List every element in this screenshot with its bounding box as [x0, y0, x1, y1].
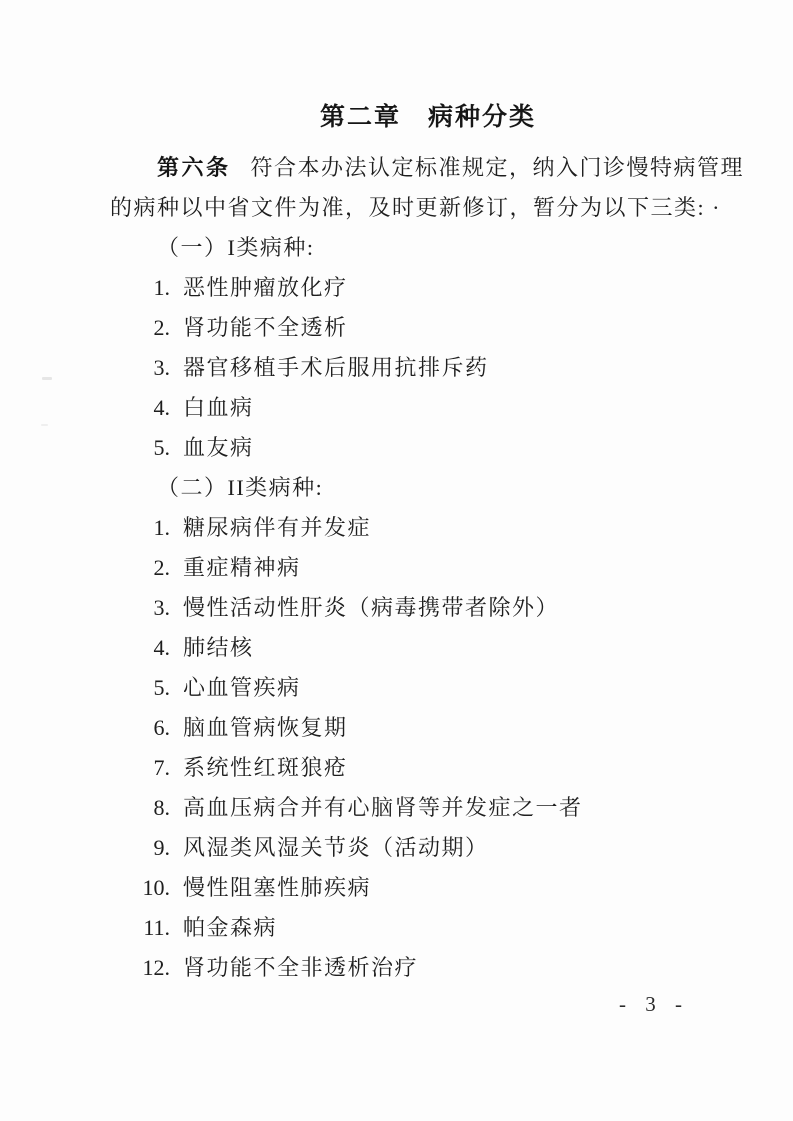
list-item-number: 3. [110, 348, 170, 388]
document-content: 第二章 病种分类 第六条符合本办法认定标准规定，纳入门诊慢特病管理 的病种以中省… [0, 0, 793, 988]
list-item-text: 肾功能不全透析 [183, 308, 348, 348]
list-item: 4.白血病 [110, 388, 710, 428]
list-item-text: 慢性阻塞性肺疾病 [183, 868, 371, 908]
list-item-number: 1. [110, 508, 170, 548]
list-item-number: 2. [110, 308, 170, 348]
article-number-label: 第六条 [157, 155, 231, 180]
article-paragraph-line-2: 的病种以中省文件为准，及时更新修订，暂分为以下三类: · [110, 188, 710, 228]
list-item-text: 风湿类风湿关节炎（活动期） [183, 828, 489, 868]
list-item: 1.糖尿病伴有并发症 [110, 508, 710, 548]
list-item-number: 5. [110, 668, 170, 708]
list-item: 8.高血压病合并有心脑肾等并发症之一者 [110, 788, 710, 828]
list-item: 3.器官移植手术后服用抗排斥药 [110, 348, 710, 388]
list-item-text: 器官移植手术后服用抗排斥药 [183, 348, 489, 388]
scan-artifact [42, 377, 52, 380]
list-item-text: 血友病 [183, 428, 254, 468]
list-item: 3.慢性活动性肝炎（病毒携带者除外） [110, 588, 710, 628]
page-number: - 3 - [619, 992, 689, 1016]
section-heading-category-2: （二）II类病种: [110, 468, 710, 508]
section-heading-category-1: （一）I类病种: [110, 228, 710, 268]
list-item-text: 白血病 [183, 388, 254, 428]
list-item: 9.风湿类风湿关节炎（活动期） [110, 828, 710, 868]
list-item-number: 2. [110, 548, 170, 588]
list-item-text: 肺结核 [183, 628, 254, 668]
list-item: 2.肾功能不全透析 [110, 308, 710, 348]
article-text: 符合本办法认定标准规定，纳入门诊慢特病管理 [251, 155, 745, 180]
list-item: 10.慢性阻塞性肺疾病 [110, 868, 710, 908]
list-item-text: 糖尿病伴有并发症 [183, 508, 371, 548]
list-item-number: 1. [110, 268, 170, 308]
list-item-text: 帕金森病 [183, 908, 277, 948]
list-item-text: 重症精神病 [183, 548, 301, 588]
list-item-text: 心血管疾病 [183, 668, 301, 708]
list-item-text: 恶性肿瘤放化疗 [183, 268, 348, 308]
list-item: 4.肺结核 [110, 628, 710, 668]
list-item-text: 慢性活动性肝炎（病毒携带者除外） [183, 588, 559, 628]
list-item-number: 7. [110, 748, 170, 788]
list-item: 5.心血管疾病 [110, 668, 710, 708]
list-item-text: 高血压病合并有心脑肾等并发症之一者 [183, 788, 583, 828]
list-item: 12.肾功能不全非透析治疗 [110, 948, 710, 988]
list-item-number: 10. [110, 868, 170, 908]
list-item: 6.脑血管病恢复期 [110, 708, 710, 748]
list-item-text: 肾功能不全非透析治疗 [183, 948, 418, 988]
article-paragraph-line-1: 第六条符合本办法认定标准规定，纳入门诊慢特病管理 [110, 148, 710, 188]
list-item-number: 3. [110, 588, 170, 628]
chapter-title: 第二章 病种分类 [128, 98, 728, 136]
scan-artifact [41, 424, 48, 426]
list-item-number: 8. [110, 788, 170, 828]
list-item-number: 12. [110, 948, 170, 988]
list-item-number: 6. [110, 708, 170, 748]
list-item: 1.恶性肿瘤放化疗 [110, 268, 710, 308]
list-item: 2.重症精神病 [110, 548, 710, 588]
list-item-text: 系统性红斑狼疮 [183, 748, 348, 788]
list-item: 5.血友病 [110, 428, 710, 468]
list-item: 11.帕金森病 [110, 908, 710, 948]
list-item-number: 5. [110, 428, 170, 468]
list-item: 7.系统性红斑狼疮 [110, 748, 710, 788]
list-item-number: 4. [110, 388, 170, 428]
list-item-number: 4. [110, 628, 170, 668]
document-page: 第二章 病种分类 第六条符合本办法认定标准规定，纳入门诊慢特病管理 的病种以中省… [0, 0, 793, 1121]
list-item-number: 9. [110, 828, 170, 868]
list-item-number: 11. [110, 908, 170, 948]
list-item-text: 脑血管病恢复期 [183, 708, 348, 748]
